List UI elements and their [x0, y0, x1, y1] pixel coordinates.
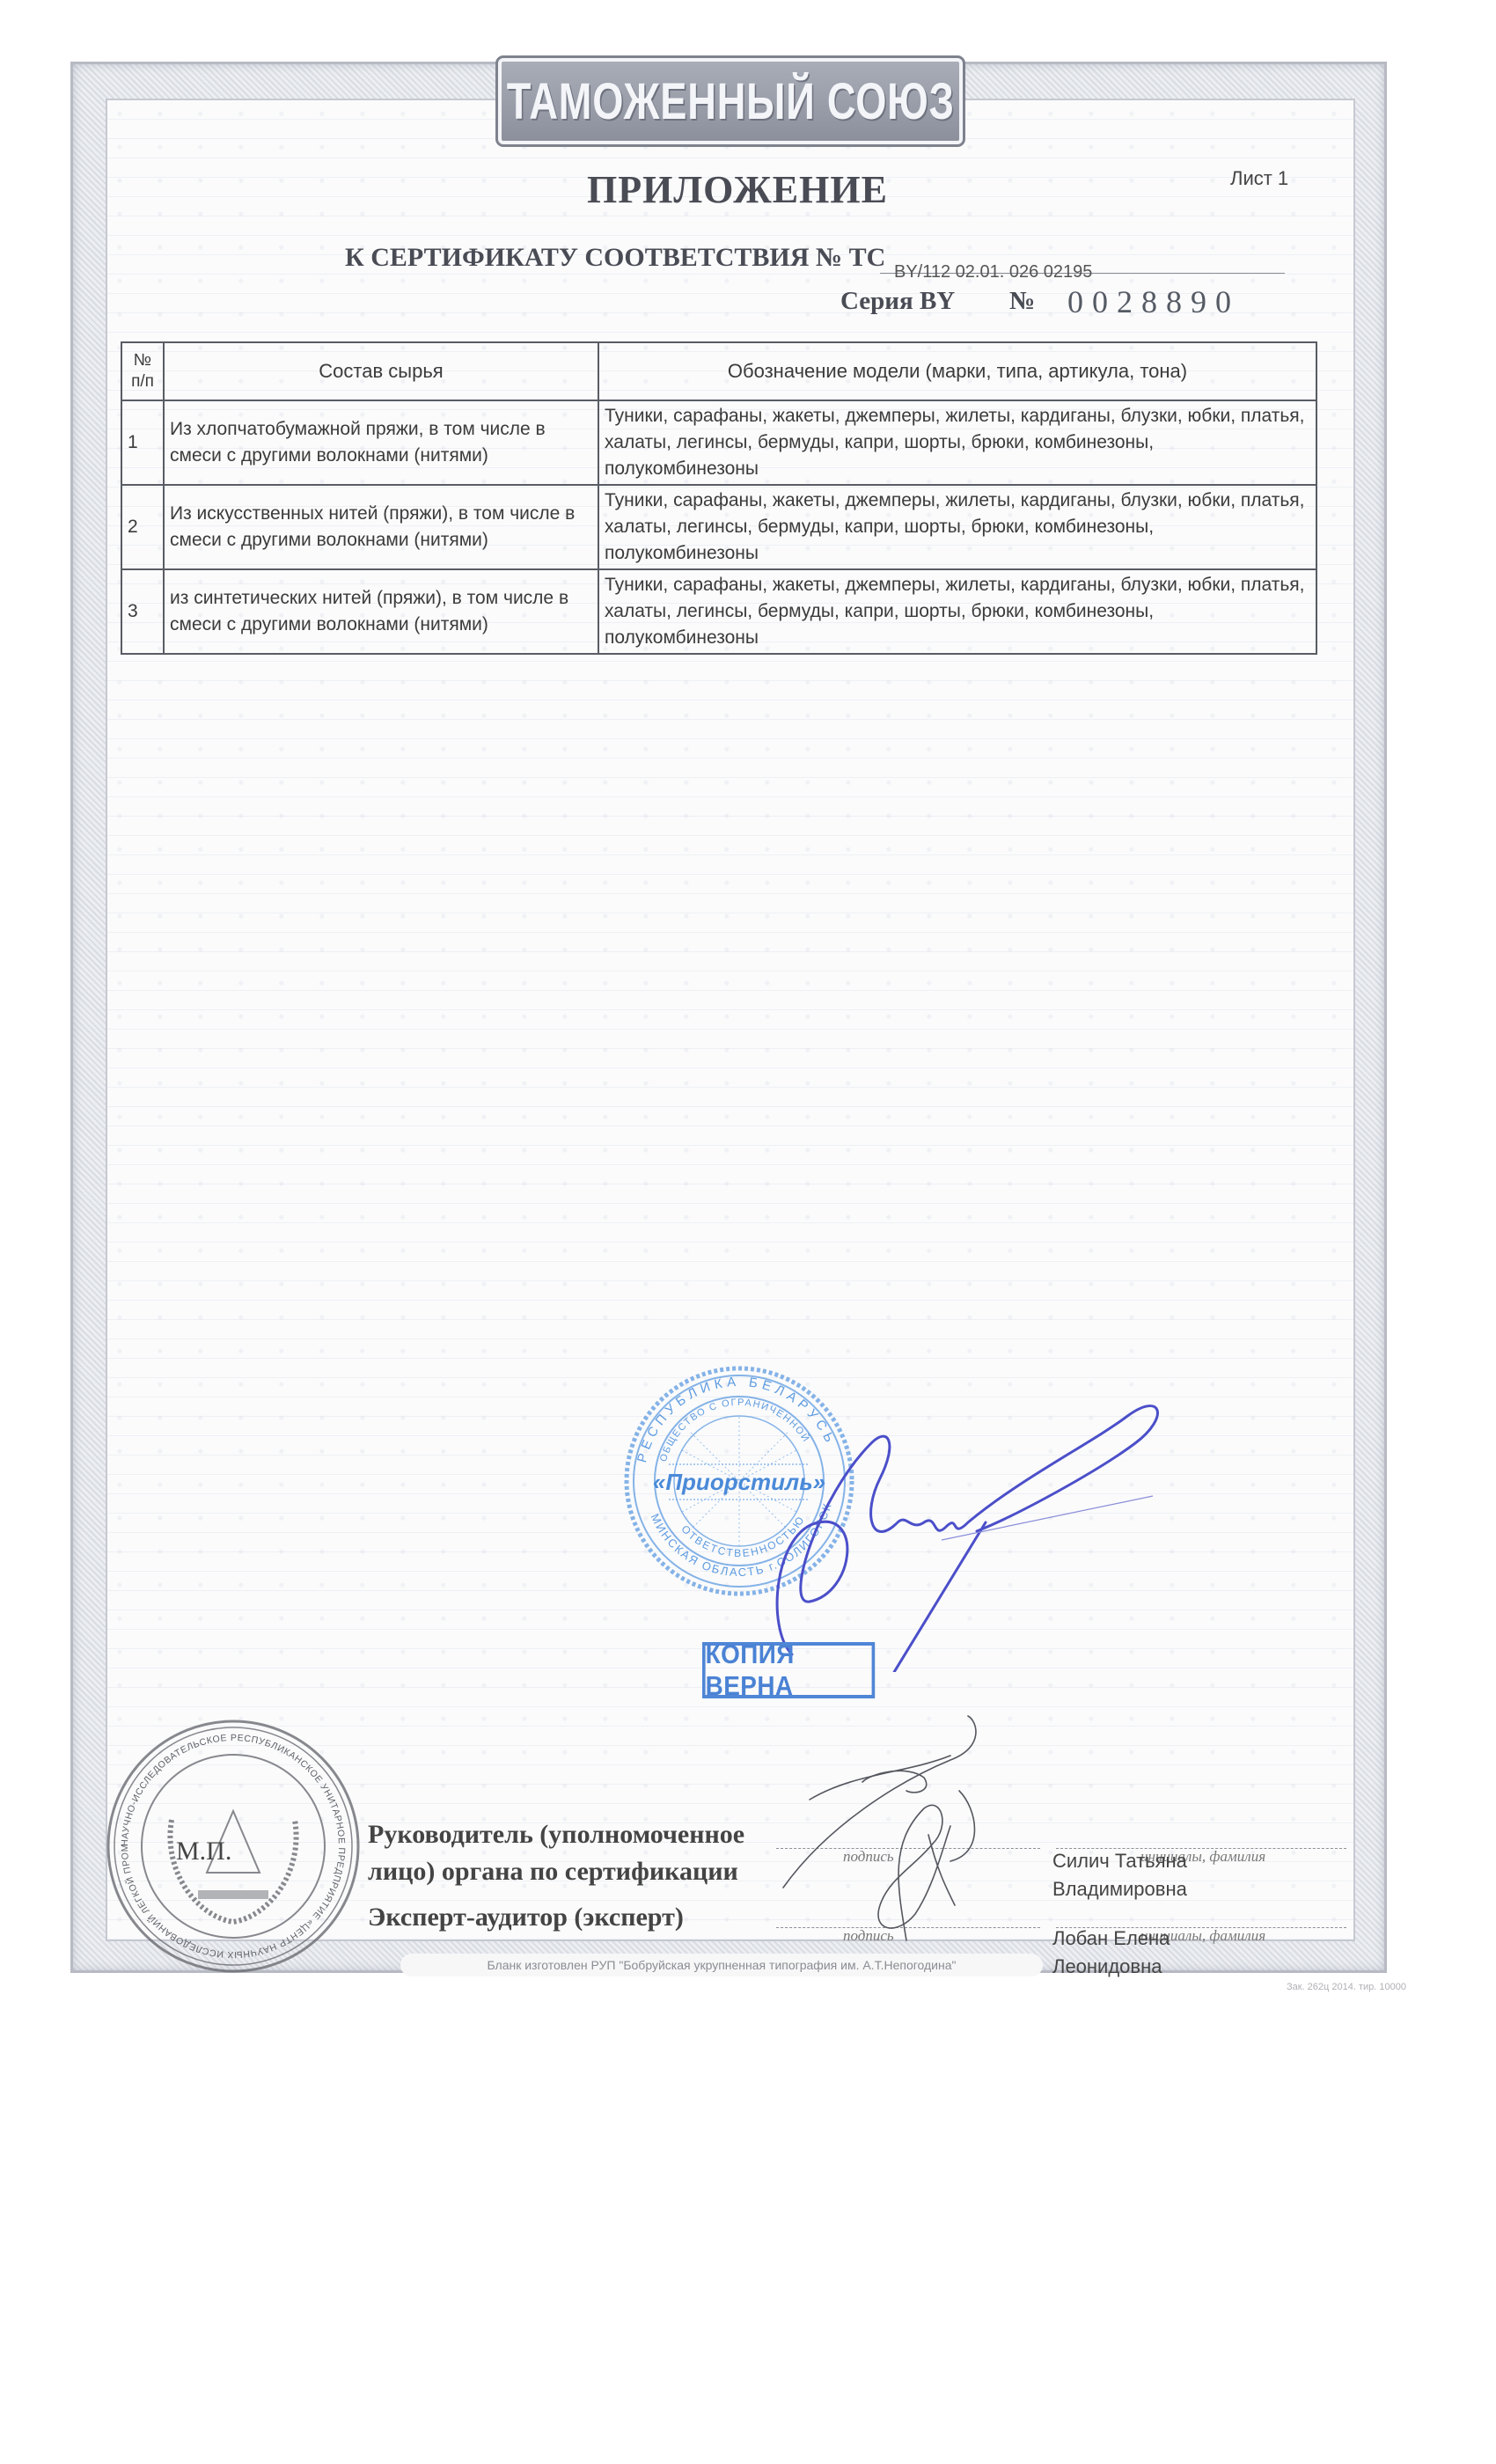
table-row: 1 Из хлопчатобумажной пряжи, в том числе… [121, 400, 1316, 485]
row-number: 3 [121, 569, 164, 654]
column-header-raw-material: Состав сырья [164, 342, 598, 400]
raw-material-cell: Из искусственных нитей (пряжи), в том чи… [164, 485, 598, 569]
table-row: 2 Из искусственных нитей (пряжи), в том … [121, 485, 1316, 569]
models-cell: Туники, сарафаны, жакеты, джемперы, жиле… [598, 569, 1316, 654]
column-header-number: № п/п [121, 342, 164, 400]
banner-text: ТАМОЖЕННЫЙ СОЮЗ [507, 72, 955, 131]
print-order-note: Зак. 262ц 2014. тир. 10000 [1287, 1982, 1406, 1992]
models-cell: Туники, сарафаны, жакеты, джемперы, жиле… [598, 485, 1316, 569]
head-name-line-1: Силич Татьяна [1052, 1850, 1187, 1873]
head-role-line-2: лицо) органа по сертификации [368, 1857, 738, 1887]
head-role-line-1: Руководитель (уполномоченное [368, 1820, 744, 1850]
table-header-row: № п/п Состав сырья Обозначение модели (м… [121, 342, 1316, 400]
expert-name-line-1: Лобан Елена [1052, 1927, 1170, 1950]
copy-certified-stamp: КОПИЯ ВЕРНА [702, 1642, 875, 1698]
printer-imprint: Бланк изготовлен РУП "Бобруйская укрупне… [400, 1954, 1043, 1976]
raw-material-cell: Из хлопчатобумажной пряжи, в том числе в… [164, 400, 598, 485]
expert-name-line-2: Леонидовна [1052, 1955, 1162, 1978]
series-number: 0028890 [1067, 283, 1240, 320]
row-number: 2 [121, 485, 164, 569]
certification-body-seal-icon: НАУЧНО-ИССЛЕДОВАТЕЛЬСКОЕ РЕСПУБЛИКАНСКОЕ… [101, 1714, 365, 1978]
raw-material-cell: из синтетических нитей (пряжи), в том чи… [164, 569, 598, 654]
expert-signature-icon [774, 1712, 1056, 1949]
models-cell: Туники, сарафаны, жакеты, джемперы, жиле… [598, 400, 1316, 485]
series-label: Серия BY [840, 287, 955, 316]
number-sign: № [1009, 287, 1035, 316]
sheet-number: Лист 1 [1230, 167, 1288, 190]
certificate-subtitle: К СЕРТИФИКАТУ СООТВЕТСТВИЯ № ТС [345, 243, 885, 273]
certificate-number: BY/112 02.01. 026 02195 [894, 262, 1092, 282]
seal-place-label: М.П. [176, 1837, 231, 1866]
head-name-line-2: Владимировна [1052, 1878, 1187, 1901]
customs-union-banner: ТАМОЖЕННЫЙ СОЮЗ [498, 58, 963, 144]
expert-role: Эксперт-аудитор (эксперт) [368, 1903, 684, 1932]
director-signature-icon [757, 1390, 1338, 1672]
products-table: № п/п Состав сырья Обозначение модели (м… [121, 341, 1317, 655]
row-number: 1 [121, 400, 164, 485]
column-header-models: Обозначение модели (марки, типа, артикул… [598, 342, 1316, 400]
table-row: 3 из синтетических нитей (пряжи), в том … [121, 569, 1316, 654]
